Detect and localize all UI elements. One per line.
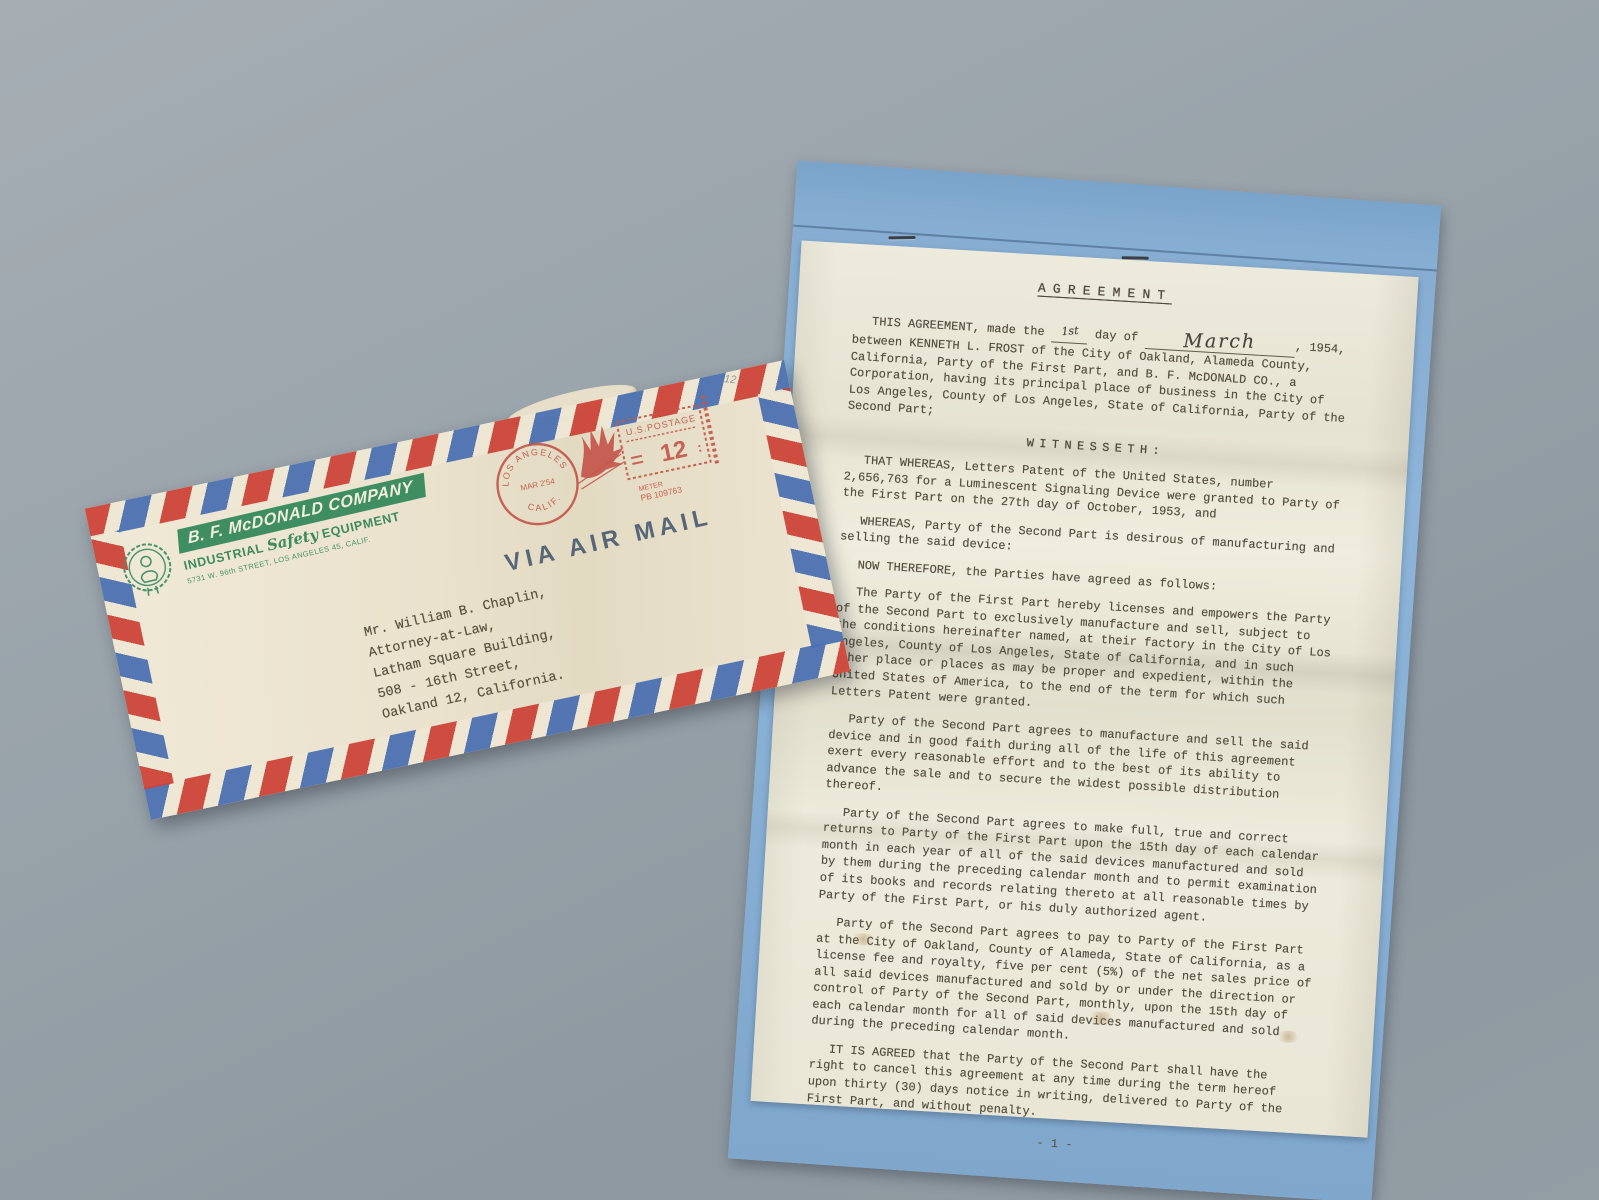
paragraph-best-effort: Party of the Second Part agrees to manuf…: [825, 710, 1329, 822]
meter-postage-label: U.S.POSTAGE: [625, 413, 697, 438]
meter-date: MAR 2'54: [520, 476, 557, 492]
meter-city-bottom: CALIF.: [524, 491, 565, 516]
pencil-note: 12: [723, 373, 736, 386]
airmail-envelope: B. F. McDONALD COMPANY INDUSTRIAL Safety…: [85, 360, 850, 820]
paragraph-license-grant: The Party of the First Part hereby licen…: [830, 583, 1336, 728]
paragraph-royalty: Party of the Second Part agrees to pay t…: [811, 914, 1317, 1059]
staple: [889, 236, 916, 239]
agreement-page: AGREEMENT THIS AGREEMENT, made the 1st d…: [750, 240, 1418, 1137]
day-blank-line: 1st: [1051, 324, 1088, 344]
agreement-title: AGREEMENT: [855, 270, 1355, 315]
blue-backing-sheet: AGREEMENT THIS AGREEMENT, made the 1st d…: [728, 161, 1441, 1200]
paragraph-cancellation: IT IS AGREED that the Party of the Secon…: [806, 1040, 1309, 1136]
svg-text::: :: [696, 439, 703, 455]
paragraph-monthly-returns: Party of the Second Part agrees to make …: [818, 804, 1323, 933]
intro-mid: day of: [1095, 328, 1139, 345]
handwritten-day: 1st: [1061, 323, 1079, 339]
photo-scene: AGREEMENT THIS AGREEMENT, made the 1st d…: [0, 0, 1599, 1200]
svg-text:CALIF.: CALIF.: [524, 491, 565, 516]
meter-amount: 12: [658, 436, 690, 468]
handwritten-month: March: [1184, 328, 1257, 355]
intro-paragraph: THIS AGREEMENT, made the 1st day of Marc…: [847, 305, 1353, 444]
